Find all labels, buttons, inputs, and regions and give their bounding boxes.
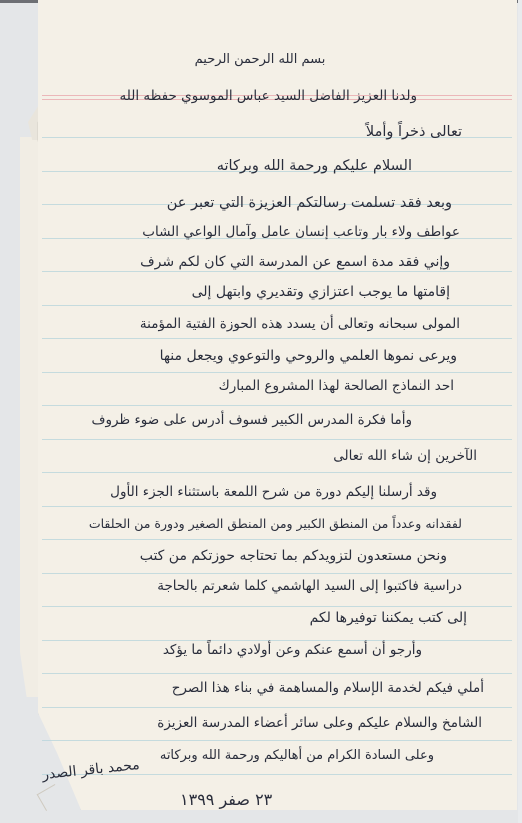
ruled-line [42, 606, 512, 607]
salam: السلام عليكم ورحمة الله وبركاته [217, 158, 412, 174]
body-line: الشامخ والسلام عليكم وعلى سائر أعضاء الم… [157, 715, 482, 731]
ruled-line [42, 439, 512, 440]
ruled-line [42, 472, 512, 473]
body-line: ونحن مستعدون لتزويدكم بما تحتاجه حوزتكم … [140, 548, 447, 564]
body-line: وأما فكرة المدرس الكبير فسوف أدرس على ضو… [91, 412, 412, 428]
body-line: احد النماذج الصالحة لهذا المشروع المبارك [219, 378, 454, 394]
body-line: وأرجو أن أسمع عنكم وعن أولادي دائماً ما … [163, 642, 422, 658]
ruled-line [42, 673, 512, 674]
scan-edge-right [518, 0, 522, 823]
ruled-line [42, 640, 512, 641]
body-line: عواطف ولاء بار وتاعب إنسان عامل وآمال ال… [142, 224, 460, 240]
basmala: بسم الله الرحمن الرحيم [150, 52, 370, 67]
greeting: تعالى ذخراً وأملاً [366, 124, 462, 140]
salutation: ولدنا العزيز الفاضل السيد عباس الموسوي ح… [120, 88, 418, 104]
ruled-line [42, 740, 512, 741]
ruled-line [42, 539, 512, 540]
ruled-line [42, 305, 512, 306]
body-line: ويرعى نموها العلمي والروحي والتوعوي ويجع… [160, 348, 457, 364]
body-line: المولى سبحانه وتعالى أن يسدد هذه الحوزة … [140, 316, 460, 332]
body-line: إقامتها ما يوجب اعتزازي وتقديري وابتهل إ… [192, 284, 450, 300]
corner-fold [37, 784, 65, 811]
body-line: دراسية فاكتبوا إلى السيد الهاشمي كلما شع… [157, 578, 462, 594]
ruled-line [42, 707, 512, 708]
body-line: وإني فقد مدة اسمع عن المدرسة التي كان لك… [140, 254, 450, 270]
ruled-line [42, 338, 512, 339]
body-line: أملي فيكم لخدمة الإسلام والمساهمة في بنا… [172, 680, 484, 696]
ruled-line [42, 405, 512, 406]
ruled-line [42, 271, 512, 272]
body-line: الآخرين إن شاء الله تعالى [333, 448, 477, 464]
body-line: إلى كتب يمكننا توفيرها لكم [310, 610, 467, 626]
date: ٢٣ صفر ١٣٩٩ [180, 790, 272, 809]
body-line: وبعد فقد تسلمت رسالتكم العزيزة التي تعبر… [167, 195, 452, 211]
body-line: وقد أرسلنا إليكم دورة من شرح اللمعة باست… [110, 484, 437, 500]
ruled-line [42, 506, 512, 507]
ruled-line [42, 372, 512, 373]
body-line: وعلى السادة الكرام من أهاليكم ورحمة الله… [160, 748, 434, 763]
ruled-line [42, 573, 512, 574]
body-line: لفقدانه وعدداً من المنطق الكبير ومن المن… [89, 516, 462, 531]
